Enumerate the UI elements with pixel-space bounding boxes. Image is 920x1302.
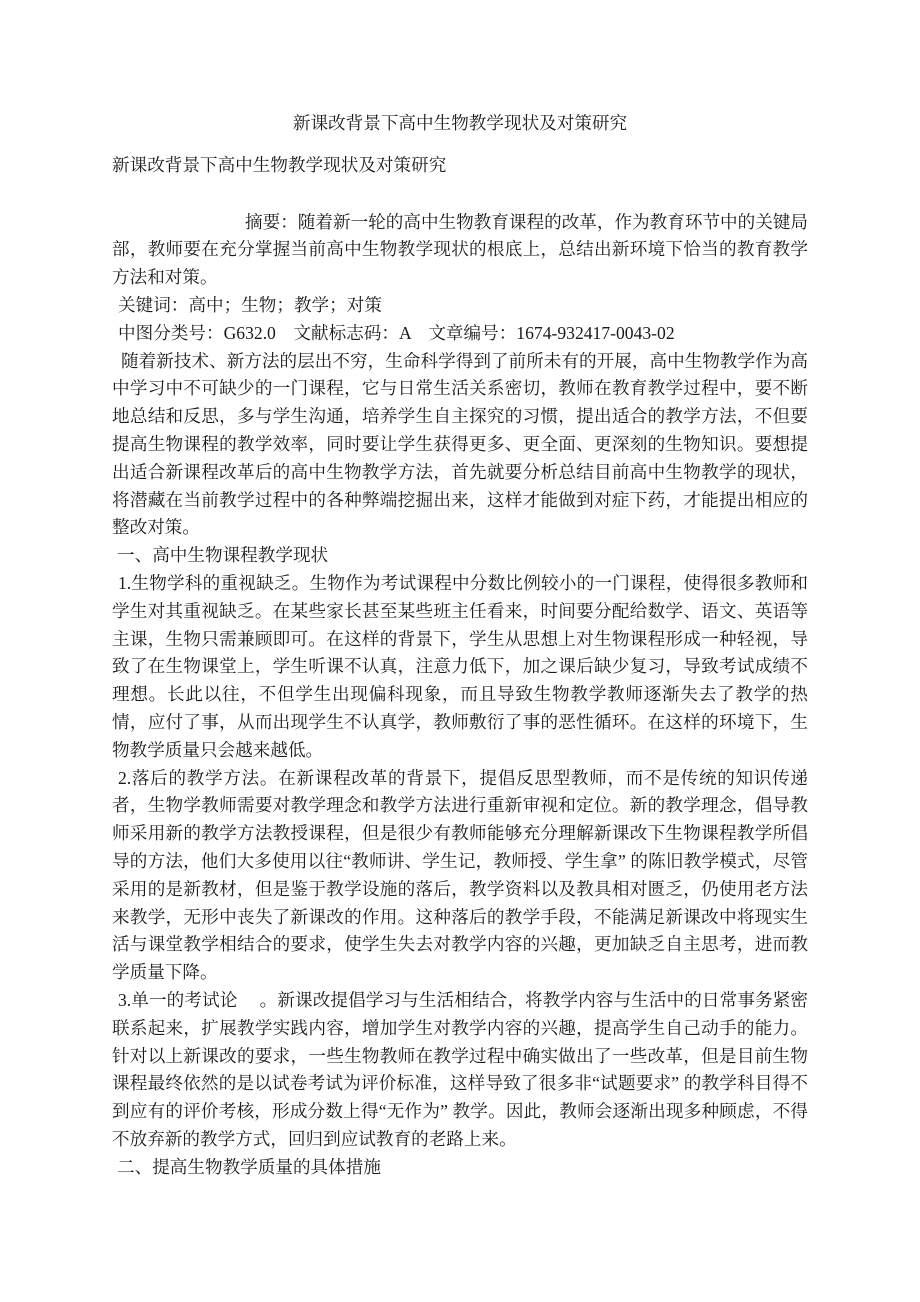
- section-2-heading: 二、提高生物教学质量的具体措施: [112, 1154, 808, 1182]
- page-title: 新课改背景下高中生物教学现状及对策研究: [112, 110, 808, 138]
- document-page: 新课改背景下高中生物教学现状及对策研究 新课改背景下高中生物教学现状及对策研究 …: [0, 0, 920, 1302]
- keywords-line: 关键词：高中；生物；教学；对策: [112, 292, 808, 320]
- intro-paragraph: 随着新技术、新方法的层出不穷，生命科学得到了前所未有的开展，高中生物教学作为高中…: [112, 348, 808, 543]
- section-1-paragraph-2: 2.落后的教学方法。在新课程改革的背景下，提倡反思型教师，而不是传统的知识传递者…: [112, 765, 808, 987]
- section-1-heading: 一、高中生物课程教学现状: [112, 542, 808, 570]
- abstract-paragraph: 摘要：随着新一轮的高中生物教育课程的改革，作为教育环节中的关键局部，教师要在充分…: [112, 209, 808, 292]
- classification-line: 中图分类号：G632.0 文献标志码：A 文章编号：1674-932417-00…: [112, 320, 808, 348]
- page-subtitle: 新课改背景下高中生物教学现状及对策研究: [112, 152, 808, 180]
- section-1-paragraph-1: 1.生物学科的重视缺乏。生物作为考试课程中分数比例较小的一门课程，使得很多教师和…: [112, 570, 808, 765]
- section-1-paragraph-3: 3.单一的考试论 。新课改提倡学习与生活相结合，将教学内容与生活中的日常事务紧密…: [112, 987, 808, 1154]
